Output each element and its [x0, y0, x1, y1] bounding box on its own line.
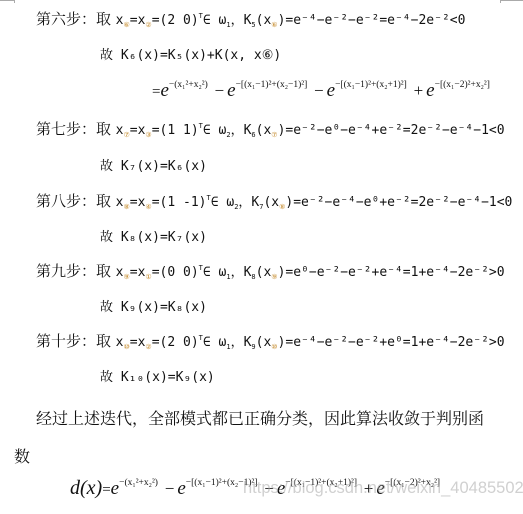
- conclusion-line-2: 数: [14, 444, 30, 467]
- step-6-therefore: 故 K₆(x)=K₅(x)+K(x, x⑥): [100, 44, 281, 63]
- step-6-line: 第六步：取 x⑥=x②=(2 0)T∈ ω1，K5(x⑥)=e⁻⁴−e⁻²−e⁻…: [36, 8, 465, 29]
- step-8-therefore: 故 K₈(x)=K₇(x): [100, 226, 207, 245]
- watermark-text: https://blog.csdn.net/weixin_40485502: [243, 479, 523, 498]
- step-9-therefore: 故 K₉(x)=K₈(x): [100, 296, 207, 315]
- step-10-line: 第十步：取 x⑩=x②=(2 0)T∈ ω1，K9(x⑩)=e⁻⁴−e⁻²−e⁻…: [36, 330, 505, 351]
- step-7-therefore: 故 K₇(x)=K₆(x): [100, 155, 207, 174]
- step-9-line: 第九步：取 x⑨=x①=(0 0)T∈ ω1，K8(x⑨)=e⁰−e⁻²−e⁻²…: [36, 260, 505, 281]
- k6-expansion-formula: =e−(x₁²+x₂²) −e−[(x₁−1)²+(x₂−1)²] −e−[(x…: [152, 80, 490, 102]
- step-condition: x⑦=x③=(1 1)T∈ ω2，K6(x⑦)=e⁻²−e⁰−e⁻⁴+e⁻²=2…: [116, 123, 505, 138]
- conclusion-line-1: 经过上述迭代，全部模式都已正确分类，因此算法收敛于判别函: [36, 406, 484, 429]
- take-word: 取: [96, 10, 111, 28]
- page-corner-mark-left: [0, 0, 14, 1]
- page-corner-mark-left-tick: [14, 0, 15, 3]
- step-label: 第十步：: [36, 332, 96, 350]
- take-word: 取: [96, 332, 111, 350]
- step-label: 第六步：: [36, 10, 96, 28]
- step-label: 第八步：: [36, 192, 96, 210]
- step-condition: x⑨=x①=(0 0)T∈ ω1，K8(x⑨)=e⁰−e⁻²−e⁻²+e⁻⁴=1…: [116, 265, 505, 280]
- take-word: 取: [96, 120, 111, 138]
- take-word: 取: [96, 192, 111, 210]
- step-condition: x⑧=x④=(1 -1)T∈ ω2，K7(x⑧)=e⁻²−e⁻⁴−e⁰+e⁻²=…: [116, 195, 513, 210]
- step-10-therefore: 故 K₁₀(x)=K₉(x): [100, 366, 215, 385]
- step-label: 第七步：: [36, 120, 96, 138]
- step-8-line: 第八步：取 x⑧=x④=(1 -1)T∈ ω2，K7(x⑧)=e⁻²−e⁻⁴−e…: [36, 190, 512, 211]
- page-corner-mark-right: [500, 0, 523, 1]
- take-word: 取: [96, 262, 111, 280]
- step-label: 第九步：: [36, 262, 96, 280]
- step-7-line: 第七步：取 x⑦=x③=(1 1)T∈ ω2，K6(x⑦)=e⁻²−e⁰−e⁻⁴…: [36, 118, 505, 139]
- step-condition: x⑥=x②=(2 0)T∈ ω1，K5(x⑥)=e⁻⁴−e⁻²−e⁻²=e⁻⁴−…: [116, 13, 466, 28]
- step-condition: x⑩=x②=(2 0)T∈ ω1，K9(x⑩)=e⁻⁴−e⁻²−e⁻²+e⁰=1…: [116, 335, 505, 350]
- page-corner-mark-right-tick: [500, 0, 501, 3]
